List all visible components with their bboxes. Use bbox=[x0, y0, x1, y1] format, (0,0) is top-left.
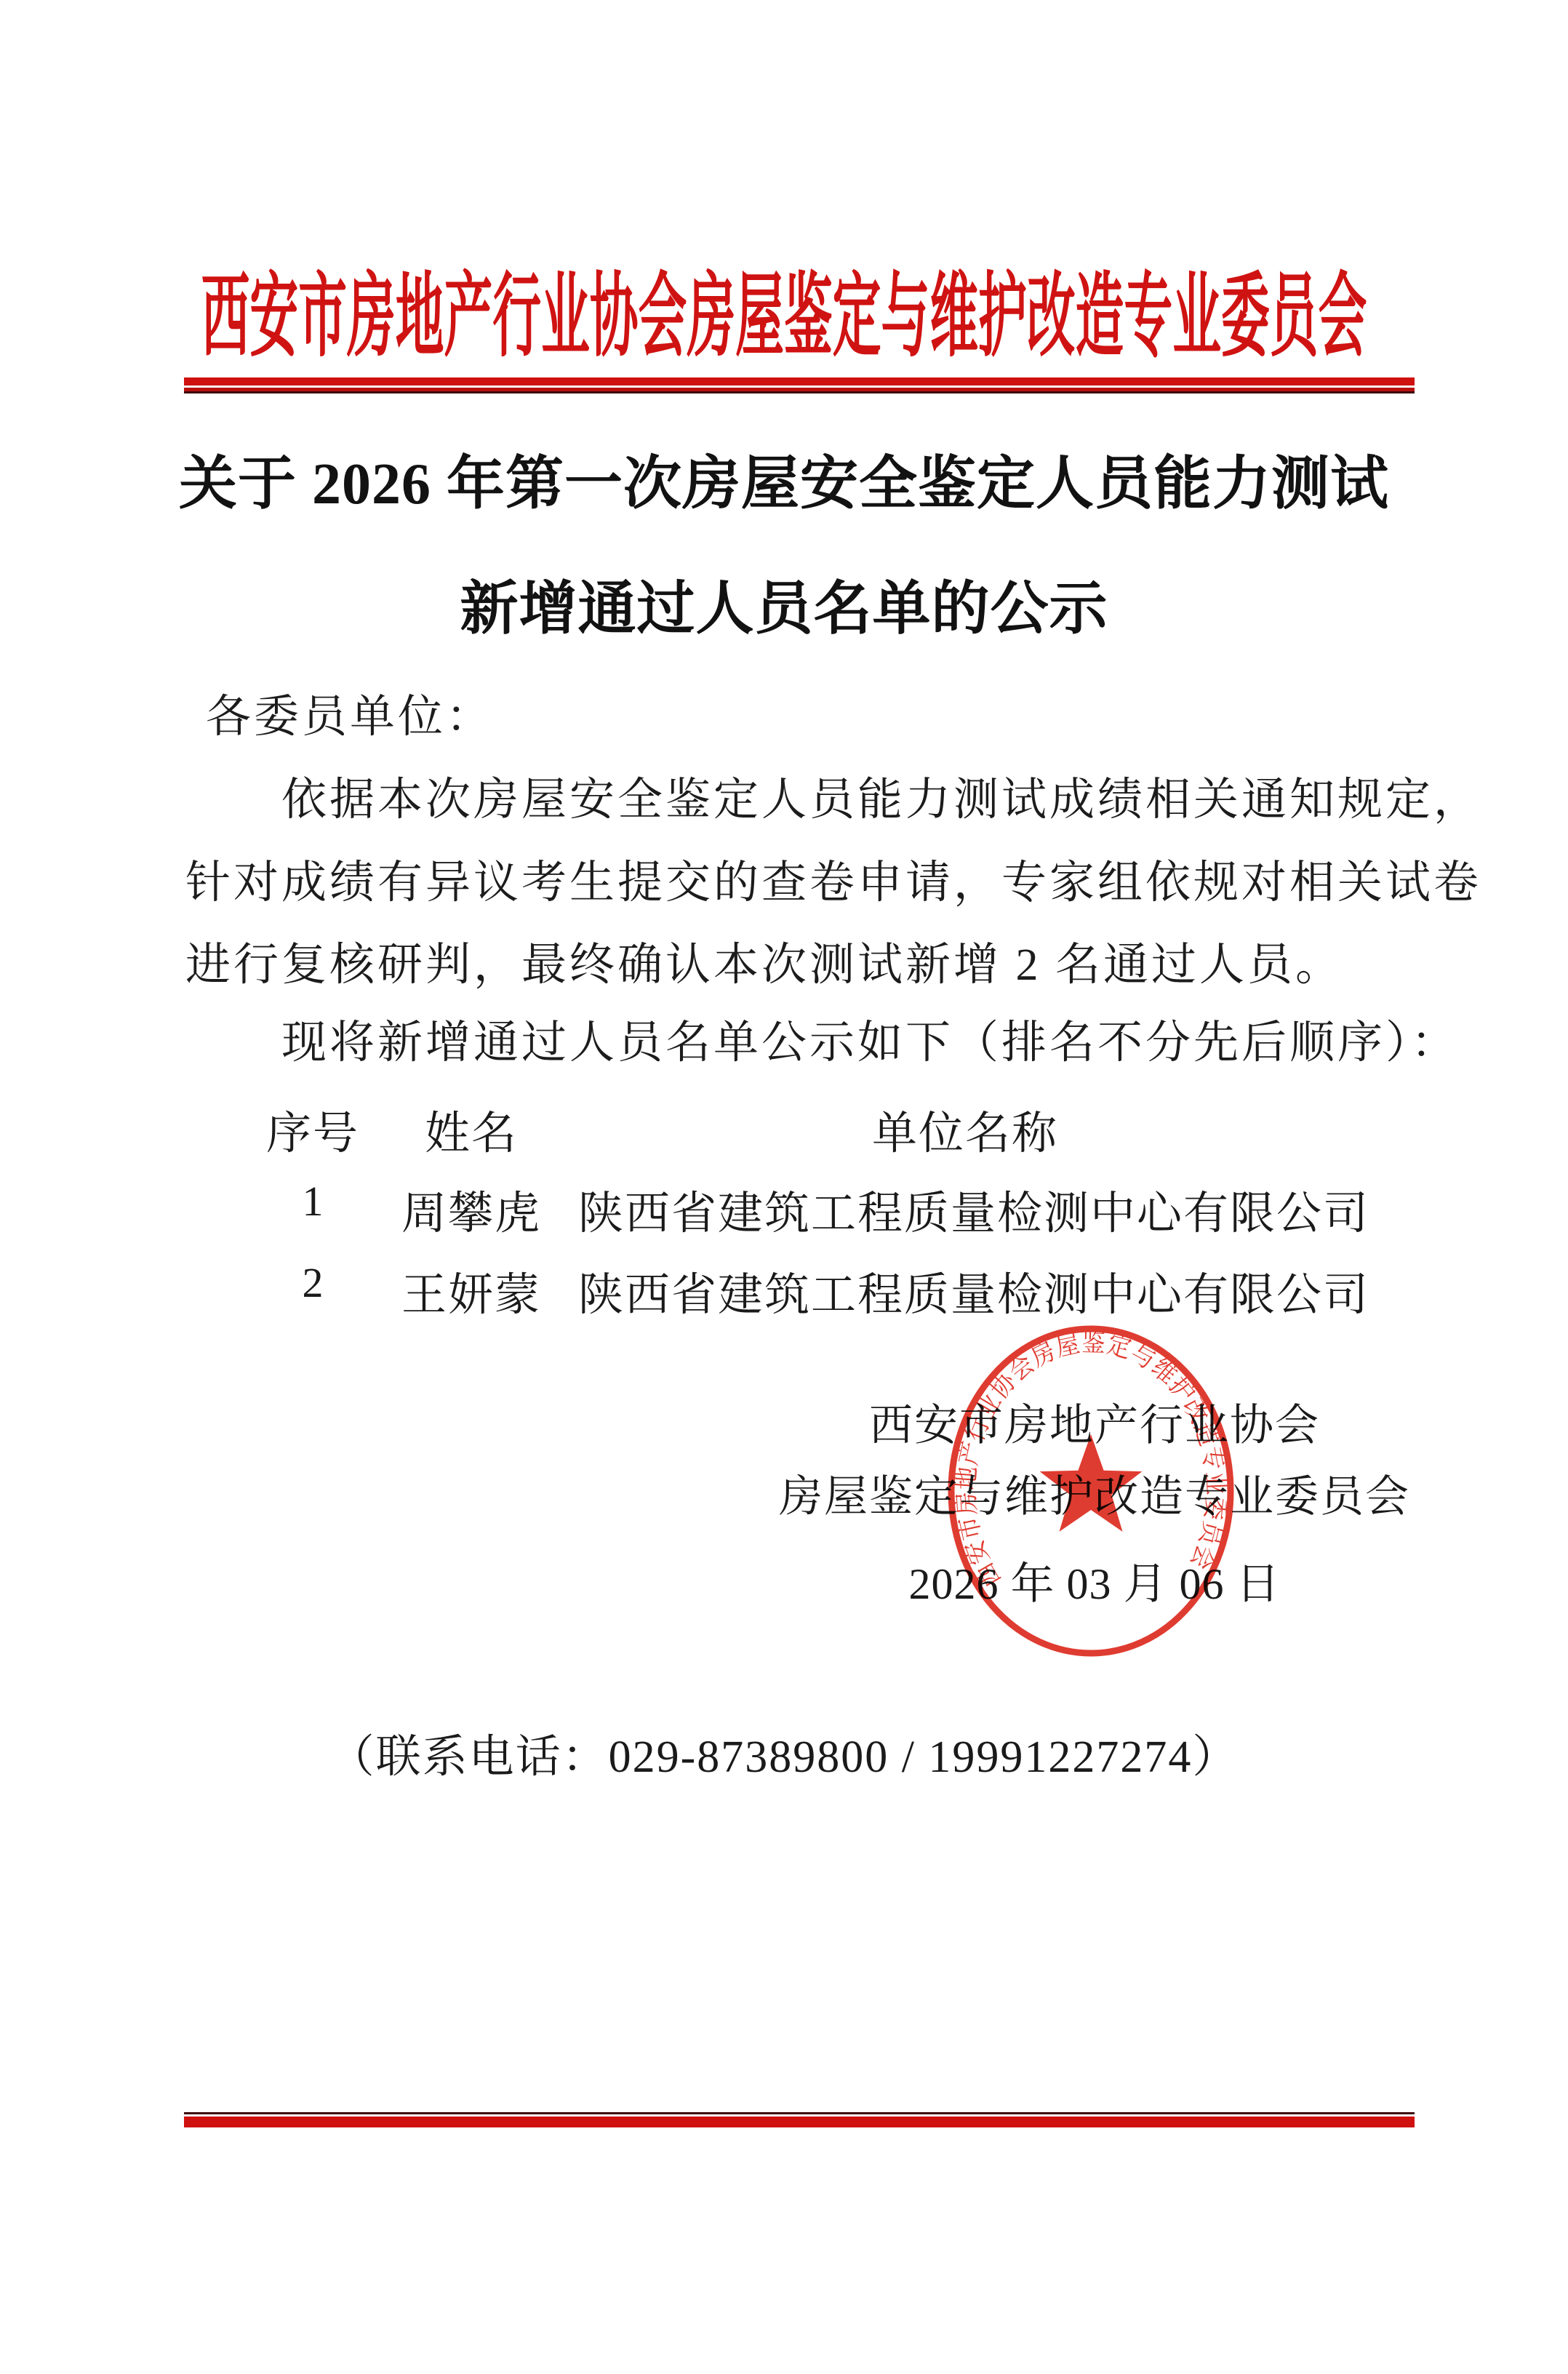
rule-thick-red bbox=[184, 2117, 1415, 2127]
contact-phone-line: （联系电话：029-87389800 / 19991227274） bbox=[0, 1720, 1568, 1785]
document-page: 西安市房地产行业协会房屋鉴定与维护改造专业委员会 关于 2026 年第一次房屋安… bbox=[0, 0, 1568, 2374]
signature-date: 2026 年 03 月 06 日 bbox=[731, 1549, 1458, 1612]
row2-no: 2 bbox=[258, 1258, 367, 1307]
row1-no: 1 bbox=[258, 1177, 367, 1226]
salutation: 各委员单位： bbox=[206, 692, 494, 742]
signature-org-line2: 房屋鉴定与维护改造专业委员会 bbox=[731, 1462, 1458, 1524]
paragraph1-line1: 依据本次房屋安全鉴定人员能力测试成绩相关通知规定， bbox=[281, 775, 1481, 825]
row2-org: 陕西省建筑工程质量检测中心有限公司 bbox=[578, 1258, 1369, 1323]
letterhead-divider-rule bbox=[184, 377, 1415, 393]
doc-title-line1: 关于 2026 年第一次房屋安全鉴定人员能力测试 bbox=[0, 436, 1568, 520]
doc-title-line2: 新增通过人员名单的公示 bbox=[0, 561, 1568, 645]
row2-name: 王妍蒙 bbox=[399, 1258, 544, 1323]
signature-org-line1: 西安市房地产行业协会 bbox=[731, 1391, 1458, 1453]
paragraph1-line3: 进行复核研判，最终确认本次测试新增 2 名通过人员。 bbox=[185, 940, 1343, 990]
rule-thick-red bbox=[184, 377, 1415, 385]
row1-name: 周攀虎 bbox=[399, 1177, 544, 1242]
paragraph1-line2: 针对成绩有异议考生提交的查卷申请，专家组依规对相关试卷 bbox=[185, 858, 1481, 908]
letterhead-org-title: 西安市房地产行业协会房屋鉴定与维护改造专业委员会 bbox=[201, 268, 1367, 369]
rule-dark-line bbox=[184, 391, 1415, 393]
table-header-name: 姓名 bbox=[399, 1097, 544, 1162]
paragraph2: 现将新增通过人员名单公示如下（排名不分先后顺序）： bbox=[281, 1018, 1459, 1068]
table-header-no: 序号 bbox=[258, 1097, 367, 1162]
table-header-org: 单位名称 bbox=[856, 1097, 1074, 1162]
footer-divider-rule bbox=[184, 2112, 1415, 2127]
row1-org: 陕西省建筑工程质量检测中心有限公司 bbox=[578, 1177, 1369, 1242]
